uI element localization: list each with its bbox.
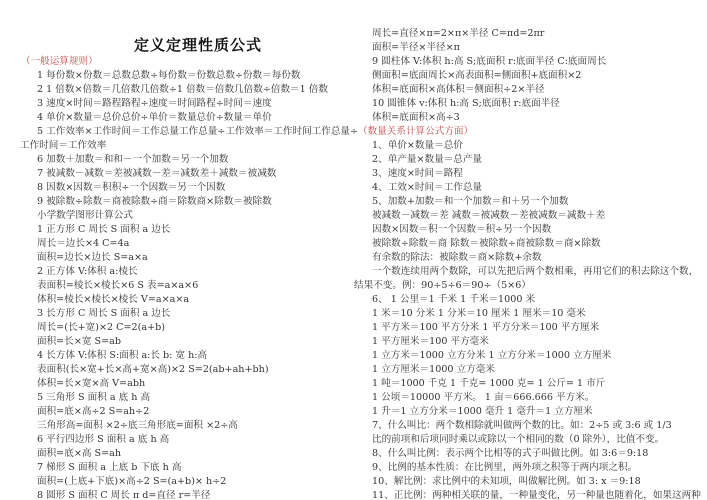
text-line: 5 三角形 S 面积 a 底 h 高 [37,392,150,404]
text-line: 一个数连续用两个数除，可以先把后两个数相乘，再用它们的积去除这个数， [372,266,698,278]
text-line: 8 因数×因数＝积积÷一个因数＝另一个因数 [37,182,225,194]
text-line: 体积=长×宽×高 V=abh [37,378,145,390]
text-line: 9、比例的基本性质：在比例里，两外项之积等于两内项之积。 [372,462,637,474]
text-line: 9 圆柱体 V:体积 h:高 S;底面积 r:底面半径 C:底面周长 [372,56,606,68]
text-line: 面积=半径×半径×π [372,42,460,54]
text-line: 比的前项和后项同时乘以或除以一个相同的数（0 除外），比值不变。 [372,434,664,446]
text-line: 面积=长×宽 S=ab [37,336,121,348]
text-line: 7 被减数－减数＝差被减数－差＝减数差＋减数＝被减数 [37,168,276,180]
text-line: 10 圆锥体 v:体积 h:高 S;底面积 r:底面半径 [372,98,560,110]
text-line: 8 圆形 S 面积 C 周长 π d=直径 r=半径 [37,490,210,500]
text-line: 7、什么叫比：两个数相除就叫做两个数的比。如：2÷5 或 3:6 或 1/3 [372,420,672,432]
text-line: 周长=(长+宽)×2 C=2(a+b) [37,322,165,334]
text-line: 1 米＝10 分米 1 分米＝10 厘米 1 厘米＝10 毫米 [372,308,586,320]
text-line: 3 速度×时间＝路程路程÷速度＝时间路程÷时间＝速度 [37,98,272,110]
text-line: 周长=直径×π=2×π×半径 C=πd=2πr [372,28,544,40]
text-line: 5 工作效率×工作时间＝工作总量工作总量÷工作效率＝工作时间工作总量÷ [37,126,358,138]
text-line: 面积=边长×边长 S=a×a [37,252,148,264]
text-line: 1 升＝1 立方分米＝1000 毫升 1 毫升＝1 立方厘米 [372,406,593,418]
section-heading-general-rules: （一般运算规则） [21,56,98,68]
text-line: 有余数的除法：被除数＝商×除数+余数 [372,252,542,264]
text-line: 8、什么叫比例：表示两个比相等的式子叫做比例。如 3:6＝9:18 [372,448,648,460]
text-line: 2 1 倍数×倍数＝几倍数几倍数÷1 倍数＝倍数几倍数÷倍数＝1 倍数 [37,84,328,96]
text-line: 3、速度×时间＝路程 [372,168,463,180]
text-line: 7 梯形 S 面积 a 上底 b 下底 h 高 [37,462,182,474]
text-line: 结果不变。例：90÷5÷6＝90÷（5×6） [354,280,531,292]
text-line: 6 平行四边形 S 面积 a 底 h 高 [37,434,169,446]
text-line: 被除数÷除数＝商 除数＝被除数÷商被除数＝商×除数 [372,238,601,250]
text-line: 三角形高=面积 ×2÷底三角形底=面积 ×2÷高 [37,420,238,432]
text-line: 1 平方米＝100 平方分米 1 平方分米＝100 平方厘米 [372,322,599,334]
text-line: 体积=底面积×高÷3 [372,112,460,124]
text-line: 1、单价×数量＝总价 [372,140,463,152]
text-line: 表面积=棱长×棱长×6 S 表=a×a×6 [37,280,198,292]
text-line: 11、正比例：两种相关联的量，一种量变化，另一种量也随着化，如果这两种 [372,490,701,500]
text-line: 6、 1 公里＝1 千米 1 千米＝1000 米 [372,294,535,306]
text-line: 1 立方厘米＝1000 立方毫米 [372,364,495,376]
text-line: 1 吨＝1000 千克 1 千克= 1000 克= 1 公斤= 1 市斤 [372,378,605,390]
subsection-heading: 小学数学图形计算公式 [37,210,133,222]
text-line: 4 长方体 V:体积 S:面积 a:长 b: 宽 h:高 [37,350,207,362]
text-line: 体积=底面积×高体积＝侧面积÷2×半径 [372,84,545,96]
text-line: 4、工效×时间＝工作总量 [372,182,482,194]
text-line: 3 长方形 C 周长 S 面积 a 边长 [37,308,170,320]
document-title: 定义定理性质公式 [134,34,262,55]
text-line: 表面积(长×宽+长×高+宽×高)×2 S=2(ab+ah+bh) [37,364,269,376]
text-line: 1 每份数×份数＝总数总数÷每份数＝份数总数÷份数＝每份数 [37,70,301,82]
text-line: 面积=底×高÷2 S=ah÷2 [37,406,149,418]
text-line: 6 加数＋加数＝和和－一个加数＝另一个加数 [37,154,228,166]
text-line: 1 公顷＝10000 平方米。 1 亩＝666.666 平方米。 [372,392,594,404]
text-line: 1 平方厘米＝100 平方毫米 [372,336,489,348]
text-line: 面积=(上底+下底)×高÷2 S=(a+b)× h÷2 [37,476,226,488]
text-line: 2、单产量×数量＝总产量 [372,154,482,166]
text-line: 5、加数+加数＝和一个加数＝和＋另一个加数 [372,196,568,208]
text-line: 9 被除数÷除数＝商被除数÷商＝除数商×除数＝被除数 [37,196,272,208]
text-line: 1 正方形 C 周长 S 面积 a 边长 [37,224,170,236]
document-page: 定义定理性质公式 （一般运算规则） 1 每份数×份数＝总数总数÷每份数＝份数总数… [0,0,707,500]
section-heading-quantity-relations: （数量关系计算公式方面） [358,126,473,138]
text-line: 因数×因数＝积一个因数＝积÷另一个因数 [372,224,551,236]
text-line: 周长＝边长×4 C=4a [37,238,129,250]
text-line: 侧面积=底面周长×高表面积=侧面积+底面积×2 [372,70,581,82]
text-line: 工作时间＝工作效率 [20,140,106,152]
text-line: 面积=底×高 S=ah [37,448,121,460]
text-line: 被减数－减数＝差 减数＝被减数－差被减数＝减数＋差 [372,210,605,222]
text-line: 4 单价×数量＝总价总价÷单价＝数量总价÷数量＝单价 [37,112,272,124]
text-line: 体积=棱长×棱长×棱长 V=a×a×a [37,294,189,306]
text-line: 10、解比例：求比例中的未知项，叫做解比例。如 3: x ＝9:18 [372,476,641,488]
text-line: 1 立方米＝1000 立方分米 1 立方分米＝1000 立方厘米 [372,350,611,362]
text-line: 2 正方体 V:体积 a:棱长 [37,266,138,278]
